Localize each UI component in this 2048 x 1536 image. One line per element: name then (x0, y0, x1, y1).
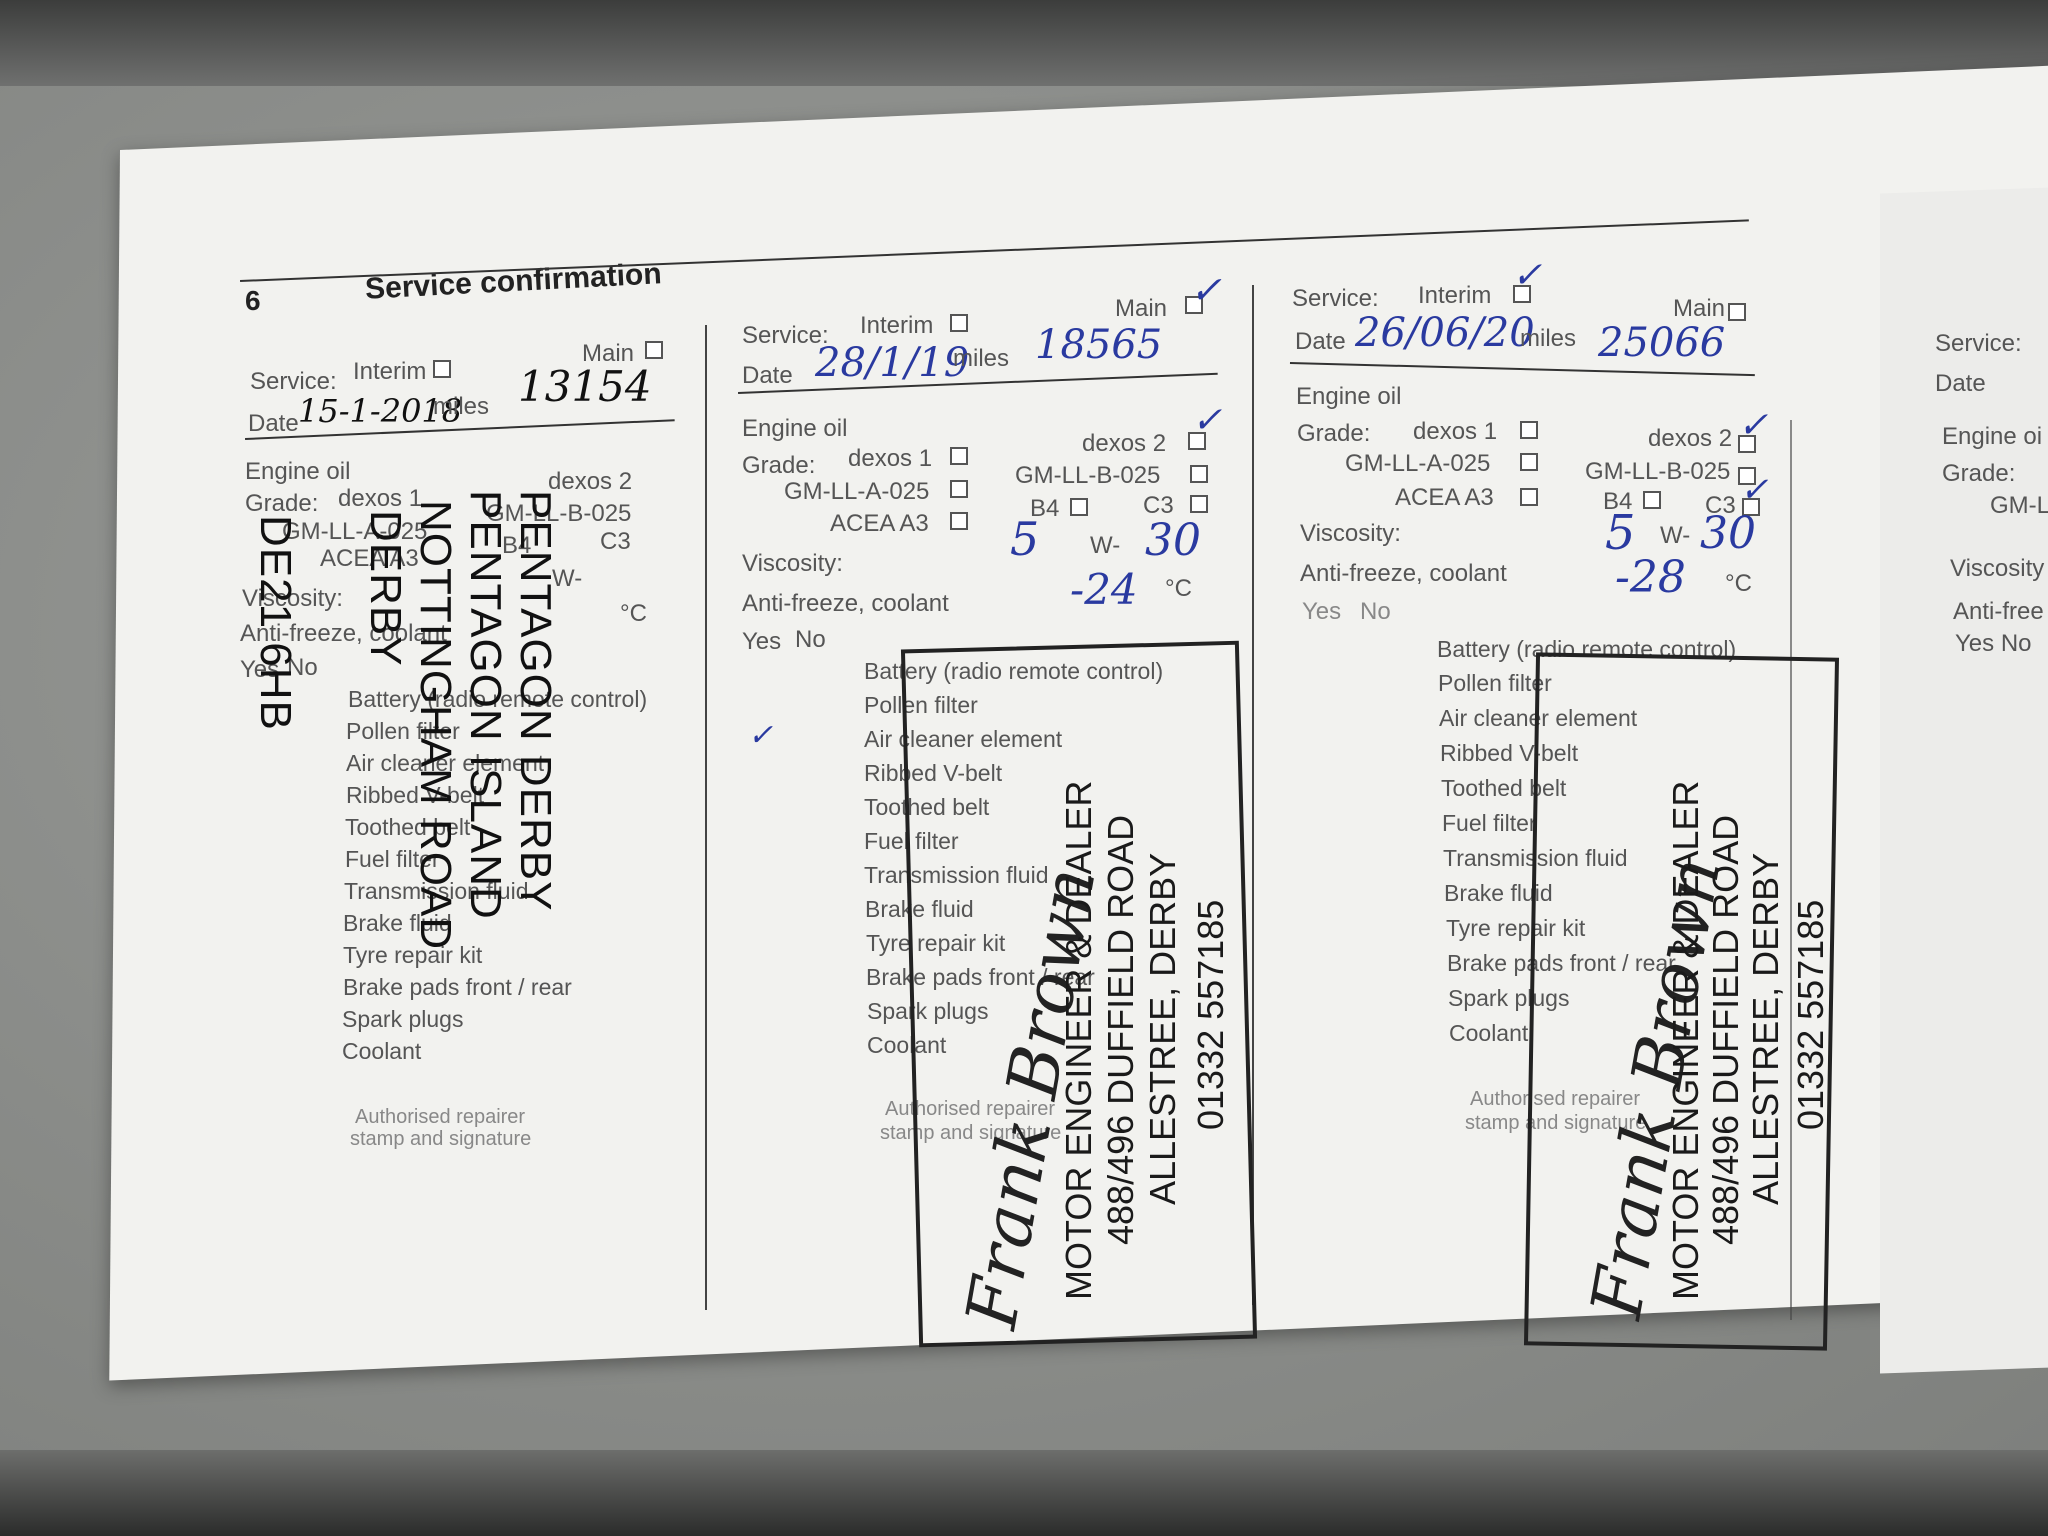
miles-label: miles (433, 393, 489, 421)
gm-a-checkbox[interactable] (950, 480, 968, 498)
yes-no-label: Yes No (1955, 630, 2032, 658)
grade-label: Grade: (1297, 420, 1370, 448)
checklist-item: Spark plugs (342, 1006, 463, 1033)
w-label: W- (1090, 532, 1120, 560)
stamp-line: ALLESTREE, DERBY (1142, 853, 1184, 1205)
b4-checkbox[interactable] (1643, 491, 1661, 509)
gm-b-label: GM-LL-B-025 (1015, 462, 1160, 490)
acea-label: ACEA A3 (830, 510, 929, 538)
dexos1-checkbox[interactable] (1520, 421, 1538, 439)
engine-oil-label: Engine oi (1942, 423, 2042, 451)
column-divider (1252, 285, 1254, 1305)
interim-label: Interim (860, 312, 933, 340)
stamp-line: 01332 557185 (1190, 900, 1232, 1130)
grade-label: Grade: (245, 490, 318, 518)
dexos2-label: dexos 2 (1082, 430, 1166, 458)
miles-label: miles (953, 345, 1009, 373)
stamp-line: MOTOR ENGINEER & DEALER (1665, 781, 1707, 1300)
bottom-shadow (0, 1450, 2048, 1536)
interim-checkbox[interactable] (950, 314, 968, 332)
viscosity-label: Viscosity: (1300, 520, 1401, 548)
yes-label: Yes (742, 628, 781, 656)
engine-oil-label: Engine oil (742, 415, 847, 443)
c3-checkbox[interactable] (1190, 495, 1208, 513)
dexos2-check-mark: ✓ (1192, 400, 1222, 441)
gm-a-checkbox[interactable] (1520, 453, 1538, 471)
antifreeze-label: Anti-freeze, coolant (742, 590, 949, 618)
stamp-line: ALLESTREE, DERBY (1745, 853, 1787, 1205)
checklist-item: Fuel filter (1442, 810, 1537, 837)
acea-checkbox[interactable] (950, 512, 968, 530)
next-page (1880, 187, 2048, 1374)
checklist-item: Coolant (1449, 1020, 1528, 1047)
engine-oil-label: Engine oil (245, 458, 350, 486)
viscosity-right-value: 30 (1145, 515, 1201, 566)
gm-label: GM-L (1990, 492, 2048, 520)
dexos2-label: dexos 2 (1648, 425, 1732, 453)
dexos1-checkbox[interactable] (950, 447, 968, 465)
dexos2-check-mark: ✓ (1738, 405, 1768, 446)
date-value: 26/06/20 (1355, 310, 1535, 356)
main-check-mark: ✓ (1190, 268, 1222, 312)
dexos2-label: dexos 2 (548, 468, 632, 496)
w-label: W- (1660, 522, 1690, 550)
grade-label: Grade: (1942, 460, 2015, 488)
main-label: Main (1673, 295, 1725, 323)
checklist-item: Coolant (342, 1038, 421, 1065)
column-divider (705, 325, 707, 1310)
stamp-line: 01332 557185 (1790, 900, 1832, 1130)
stamp-line: DERBY (360, 510, 410, 667)
checklist-item: Brake pads front / rear (343, 974, 572, 1001)
stamp-line: PENTAGON ISLAND (460, 490, 510, 920)
stamp-line: MOTOR ENGINEER & DEALER (1058, 781, 1100, 1300)
service-label: Service: (1935, 330, 2022, 358)
interim-checkbox[interactable] (433, 360, 451, 378)
main-checkbox[interactable] (1728, 303, 1746, 321)
dexos1-label: dexos 1 (848, 445, 932, 473)
miles-value: 18565 (1035, 322, 1162, 368)
antifreeze-value: -24 (1070, 565, 1138, 614)
top-shadow (0, 0, 2048, 86)
dexos1-label: dexos 1 (1413, 418, 1497, 446)
stamp-line: 488/496 DUFFIELD ROAD (1100, 815, 1142, 1245)
miles-value: 25066 (1598, 320, 1725, 366)
miles-label: miles (1520, 325, 1576, 353)
stamp-line: DE21 6HB (250, 515, 300, 731)
interim-check-mark: ✓ (1512, 255, 1542, 296)
stamp-line: NOTTINGHAM ROAD (410, 500, 460, 950)
viscosity-label: Viscosity (1950, 555, 2044, 583)
acea-checkbox[interactable] (1520, 488, 1538, 506)
date-label: Date (742, 362, 793, 390)
date-label: Date (248, 410, 299, 438)
main-label: Main (1115, 295, 1167, 323)
c3-check-mark: ✓ (1740, 470, 1769, 510)
viscosity-left-value: 5 (1010, 512, 1039, 566)
stamp-line: 488/496 DUFFIELD ROAD (1705, 815, 1747, 1245)
gm-b-checkbox[interactable] (1190, 465, 1208, 483)
celsius-label: °C (1165, 575, 1192, 603)
grade-label: Grade: (742, 452, 815, 480)
interim-label: Interim (353, 358, 426, 386)
antifreeze-label: Anti-freeze, coolant (1300, 560, 1507, 588)
date-label: Date (1935, 370, 1986, 398)
main-checkbox[interactable] (645, 341, 663, 359)
antifreeze-label: Anti-free (1953, 598, 2044, 626)
yes-label: Yes (1302, 598, 1341, 626)
viscosity-label: Viscosity: (742, 550, 843, 578)
gm-a-label: GM-LL-A-025 (1345, 450, 1490, 478)
interim-label: Interim (1418, 282, 1491, 310)
gm-b-label: GM-LL-B-025 (1585, 458, 1730, 486)
b4-checkbox[interactable] (1070, 498, 1088, 516)
gm-a-label: GM-LL-A-025 (784, 478, 929, 506)
page-number: 6 (245, 285, 261, 317)
authorised-label: Authorised repairer (355, 1106, 525, 1129)
service-label: Service: (1292, 285, 1379, 313)
no-label: No (795, 626, 826, 654)
date-label: Date (1295, 328, 1346, 356)
engine-oil-label: Engine oil (1296, 383, 1401, 411)
celsius-label: °C (1725, 570, 1752, 598)
miles-value: 13154 (518, 362, 652, 411)
no-label: No (1360, 598, 1391, 626)
c3-label: C3 (600, 528, 631, 556)
antifreeze-value: -28 (1615, 552, 1686, 603)
stamp-signature-label: stamp and signature (350, 1128, 531, 1151)
viscosity-right-value: 30 (1700, 508, 1756, 559)
acea-label: ACEA A3 (1395, 484, 1494, 512)
date-value: 28/1/19 (815, 340, 969, 386)
air-cleaner-check-mark: ✓ (748, 718, 773, 753)
stamp-line: PENTAGON DERBY (510, 490, 560, 911)
celsius-label: °C (620, 600, 647, 628)
